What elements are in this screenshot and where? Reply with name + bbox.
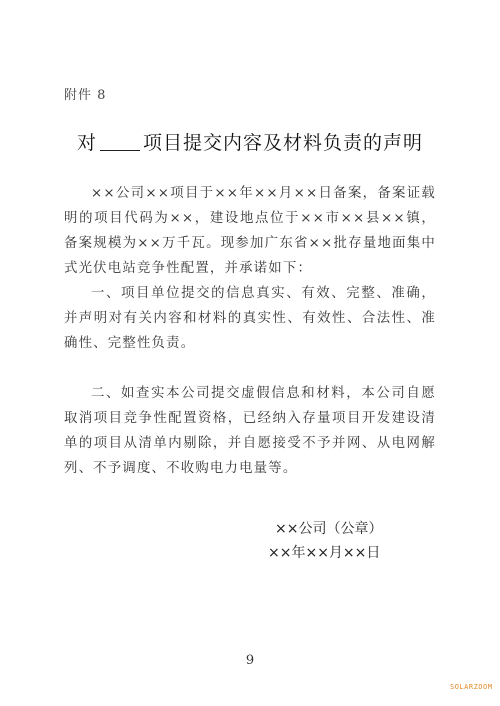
attachment-label: 附件 8 [64, 84, 106, 103]
paragraph-intro: ××公司××项目于××年××月××日备案，备案证载明的项目代码为××，建设地点位… [64, 181, 436, 281]
signature-company: ××公司（公章） [275, 518, 382, 538]
signature-date: ××年××月××日 [268, 542, 380, 562]
document-title: 对项目提交内容及材料负责的声明 [0, 128, 500, 155]
title-suffix: 项目提交内容及材料负责的声明 [143, 132, 423, 154]
watermark-logo: SOLARZOOM [450, 683, 492, 691]
paragraph-commitment-1: 一、项目单位提交的信息真实、有效、完整、准确，并声明对有关内容和材料的真实性、有… [64, 281, 436, 356]
paragraph-commitment-2: 二、如查实本公司提交虚假信息和材料，本公司自愿取消项目竞争性配置资格，已经纳入存… [64, 381, 436, 481]
title-blank-line [100, 132, 140, 151]
page-number: 9 [0, 653, 500, 668]
title-prefix: 对 [77, 132, 97, 154]
